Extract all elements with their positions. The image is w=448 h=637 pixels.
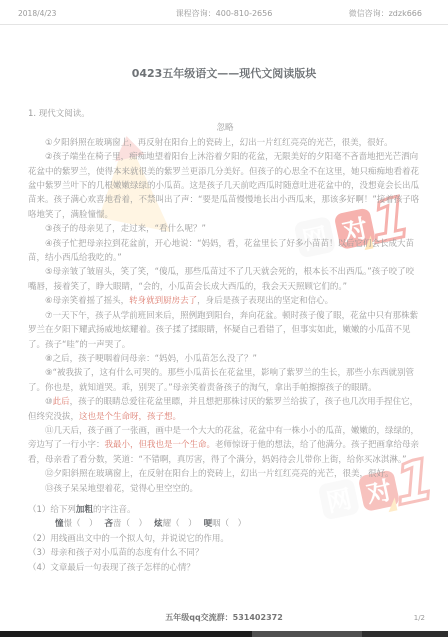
text-segment: ④孩子忙把母亲拉到花盆前，开心地说：“妈妈，看，花盆里长了好多小苗苗！以后它们会… [28,239,414,263]
bold-character: 哽 [204,519,213,529]
highlighted-text: 此后 [53,397,70,407]
text-segment: （4）文章最后一句表现了孩子怎样的心情？ [28,563,195,573]
bottom-bar [0,631,448,637]
text-segment: ⑥母亲笑着摇了摇头， [45,296,129,306]
passage-paragraph: ⑫夕阳斜照在玻璃窗上，在反射在阳台上的瓷砖上，幻出一片红红亮亮的光芒，很美，很好… [28,467,422,481]
text-segment: （1）给下列 [28,505,76,515]
passage-paragraph: ⑩此后，孩子的眼睛总爱往花盆里瞟，并且想把那株讨厌的紫罗兰给拔了，孩子也几次用手… [28,395,422,424]
text-segment: ⑨“被我拔了，这有什么可哭的。那些小瓜苗长在花盆里，影响了紫罗兰的生长，那些小东… [28,368,414,392]
text-segment: ⑫夕阳斜照在玻璃窗上，在反射在阳台上的瓷砖上，幻出一片红红亮亮的光芒，很美，很好… [45,469,394,479]
question-item: （1）给下列加粗的字注音。 [28,503,422,517]
passage-paragraph: ⑤母亲皱了皱眉头，笑了笑，“傻瓜，那些瓜苗过不了几天就会死的，根本长不出西瓜。”… [28,265,422,294]
passage-paragraph: ②孩子端坐在椅子里，痴痴地望着阳台上沐浴着夕阳的花盆，无限美好的夕阳毫不吝啬地把… [28,150,422,222]
text-segment: 的字注音。 [93,505,136,515]
text-segment: ⑬孩子呆呆地望着花，觉得心里空空的。 [45,484,198,494]
highlighted-text: 转身就到厨房去了 [129,296,197,306]
text-segment: （2）用线画出文中的一个拟人句，并说说它的作用。 [28,534,229,544]
bottom-bar-segment [252,631,362,637]
text-segment: ⑧之后，孩子哽咽着问母亲：“妈妈，小瓜苗怎么没了？” [45,354,257,364]
passage-paragraph: ⑨“被我拔了，这有什么可哭的。那些小瓜苗长在花盆里，影响了紫罗兰的生长，那些小东… [28,366,422,395]
passage-content: 1. 现代文阅读。 忽略 ①夕阳斜照在玻璃窗上，再反射在阳台上的瓷砖上，幻出一片… [28,107,422,575]
bold-character: 憧 [55,519,64,529]
bold-character: 吝 [105,519,114,529]
question-item: （2）用线画出文中的一个拟人句，并说说它的作用。 [28,532,422,546]
question-item: （3）母亲和孩子对小瓜苗的态度有什么不同？ [28,546,422,560]
text-segment: ⑩ [45,397,53,407]
passage-paragraph: ⑦一天下午，孩子从学前班回来后，照例跑到阳台，奔向花盆。顿时孩子傻了眼，花盆中只… [28,309,422,352]
passage-paragraph: ⑬孩子呆呆地望着花，觉得心里空空的。 [28,482,422,496]
text-segment: ①夕阳斜照在玻璃窗上，再反射在阳台上的瓷砖上，幻出一片红红亮亮的光芒，很美，很好… [45,138,393,148]
bold-character: 炫 [154,519,163,529]
passage-paragraph: ①夕阳斜照在玻璃窗上，再反射在阳台上的瓷砖上，幻出一片红红亮亮的光芒，很美，很好… [28,136,422,150]
question-item: （4）文章最后一句表现了孩子怎样的心情？ [28,561,422,575]
text-segment: ，身后是孩子表现出的坚定和信心。 [197,296,333,306]
passage-paragraph: ⑪几天后，孩子画了一张画，画中是一个大大的花盆，花盆中有一株小小的瓜苗，嫩嫩的，… [28,424,422,467]
text-segment: （3）母亲和孩子对小瓜苗的态度有什么不同？ [28,548,203,558]
question-list: （1）给下列加粗的字注音。憧憬（ ）吝啬（ ）炫耀（ ）哽咽（ ）（2）用线画出… [28,503,422,575]
bottom-bar-segment [362,631,448,637]
bold-text: 加粗 [76,505,93,515]
page-title: 0423五年级语文——现代文阅读版块 [0,65,448,81]
text-segment: ③孩子的母亲见了，走过来，“看什么呢？” [45,224,206,234]
pinyin-item: 憧憬（ ） [55,519,98,529]
exercise-number-label: 1. 现代文阅读。 [28,107,422,121]
pinyin-item: 吝啬（ ） [105,519,148,529]
highlighted-text: 这也是个生命呀，孩子想。 [79,412,181,422]
passage-paragraph: ③孩子的母亲见了，走过来，“看什么呢？” [28,222,422,236]
pinyin-item: 炫耀（ ） [154,519,197,529]
text-segment: ⑦一天下午，孩子从学前班回来后，照例跑到阳台，奔向花盆。顿时孩子傻了眼，花盆中只… [28,311,418,350]
pinyin-row: 憧憬（ ）吝啬（ ）炫耀（ ）哽咽（ ） [28,517,422,531]
text-segment: ⑤母亲皱了皱眉头，笑了笑，“傻瓜，那些瓜苗过不了几天就会死的，根本长不出西瓜。”… [28,267,414,291]
passage-title: 忽略 [28,121,422,135]
header-wechat-contact: 微信咨询：zdzk666 [349,8,422,19]
footer-qq-group: 五年级qq交流群：531402372 [0,612,448,623]
passage-paragraph: ⑧之后，孩子哽咽着问母亲：“妈妈，小瓜苗怎么没了？” [28,352,422,366]
header-divider [0,24,448,25]
page-header: 2018/4/23 课程咨询：400-810-2656 微信咨询：zdzk666 [0,8,448,20]
passage-paragraph: ⑥母亲笑着摇了摇头，转身就到厨房去了，身后是孩子表现出的坚定和信心。 [28,294,422,308]
highlighted-text: 我最小，但我也是一个生命。 [105,440,216,450]
passage-paragraph: ④孩子忙把母亲拉到花盆前，开心地说：“妈妈，看，花盆里长了好多小苗苗！以后它们会… [28,237,422,266]
passage-body: ①夕阳斜照在玻璃窗上，再反射在阳台上的瓷砖上，幻出一片红红亮亮的光芒，很美，很好… [28,136,422,496]
text-segment: ②孩子端坐在椅子里，痴痴地望着阳台上沐浴着夕阳的花盆，无限美好的夕阳毫不吝啬地把… [28,152,419,220]
document-page: 网 对 1 网 对 1 2018/4/23 课程咨询：400-810-2656 … [0,0,448,637]
page-number: 1/2 [414,614,425,622]
pinyin-item: 哽咽（ ） [204,519,247,529]
